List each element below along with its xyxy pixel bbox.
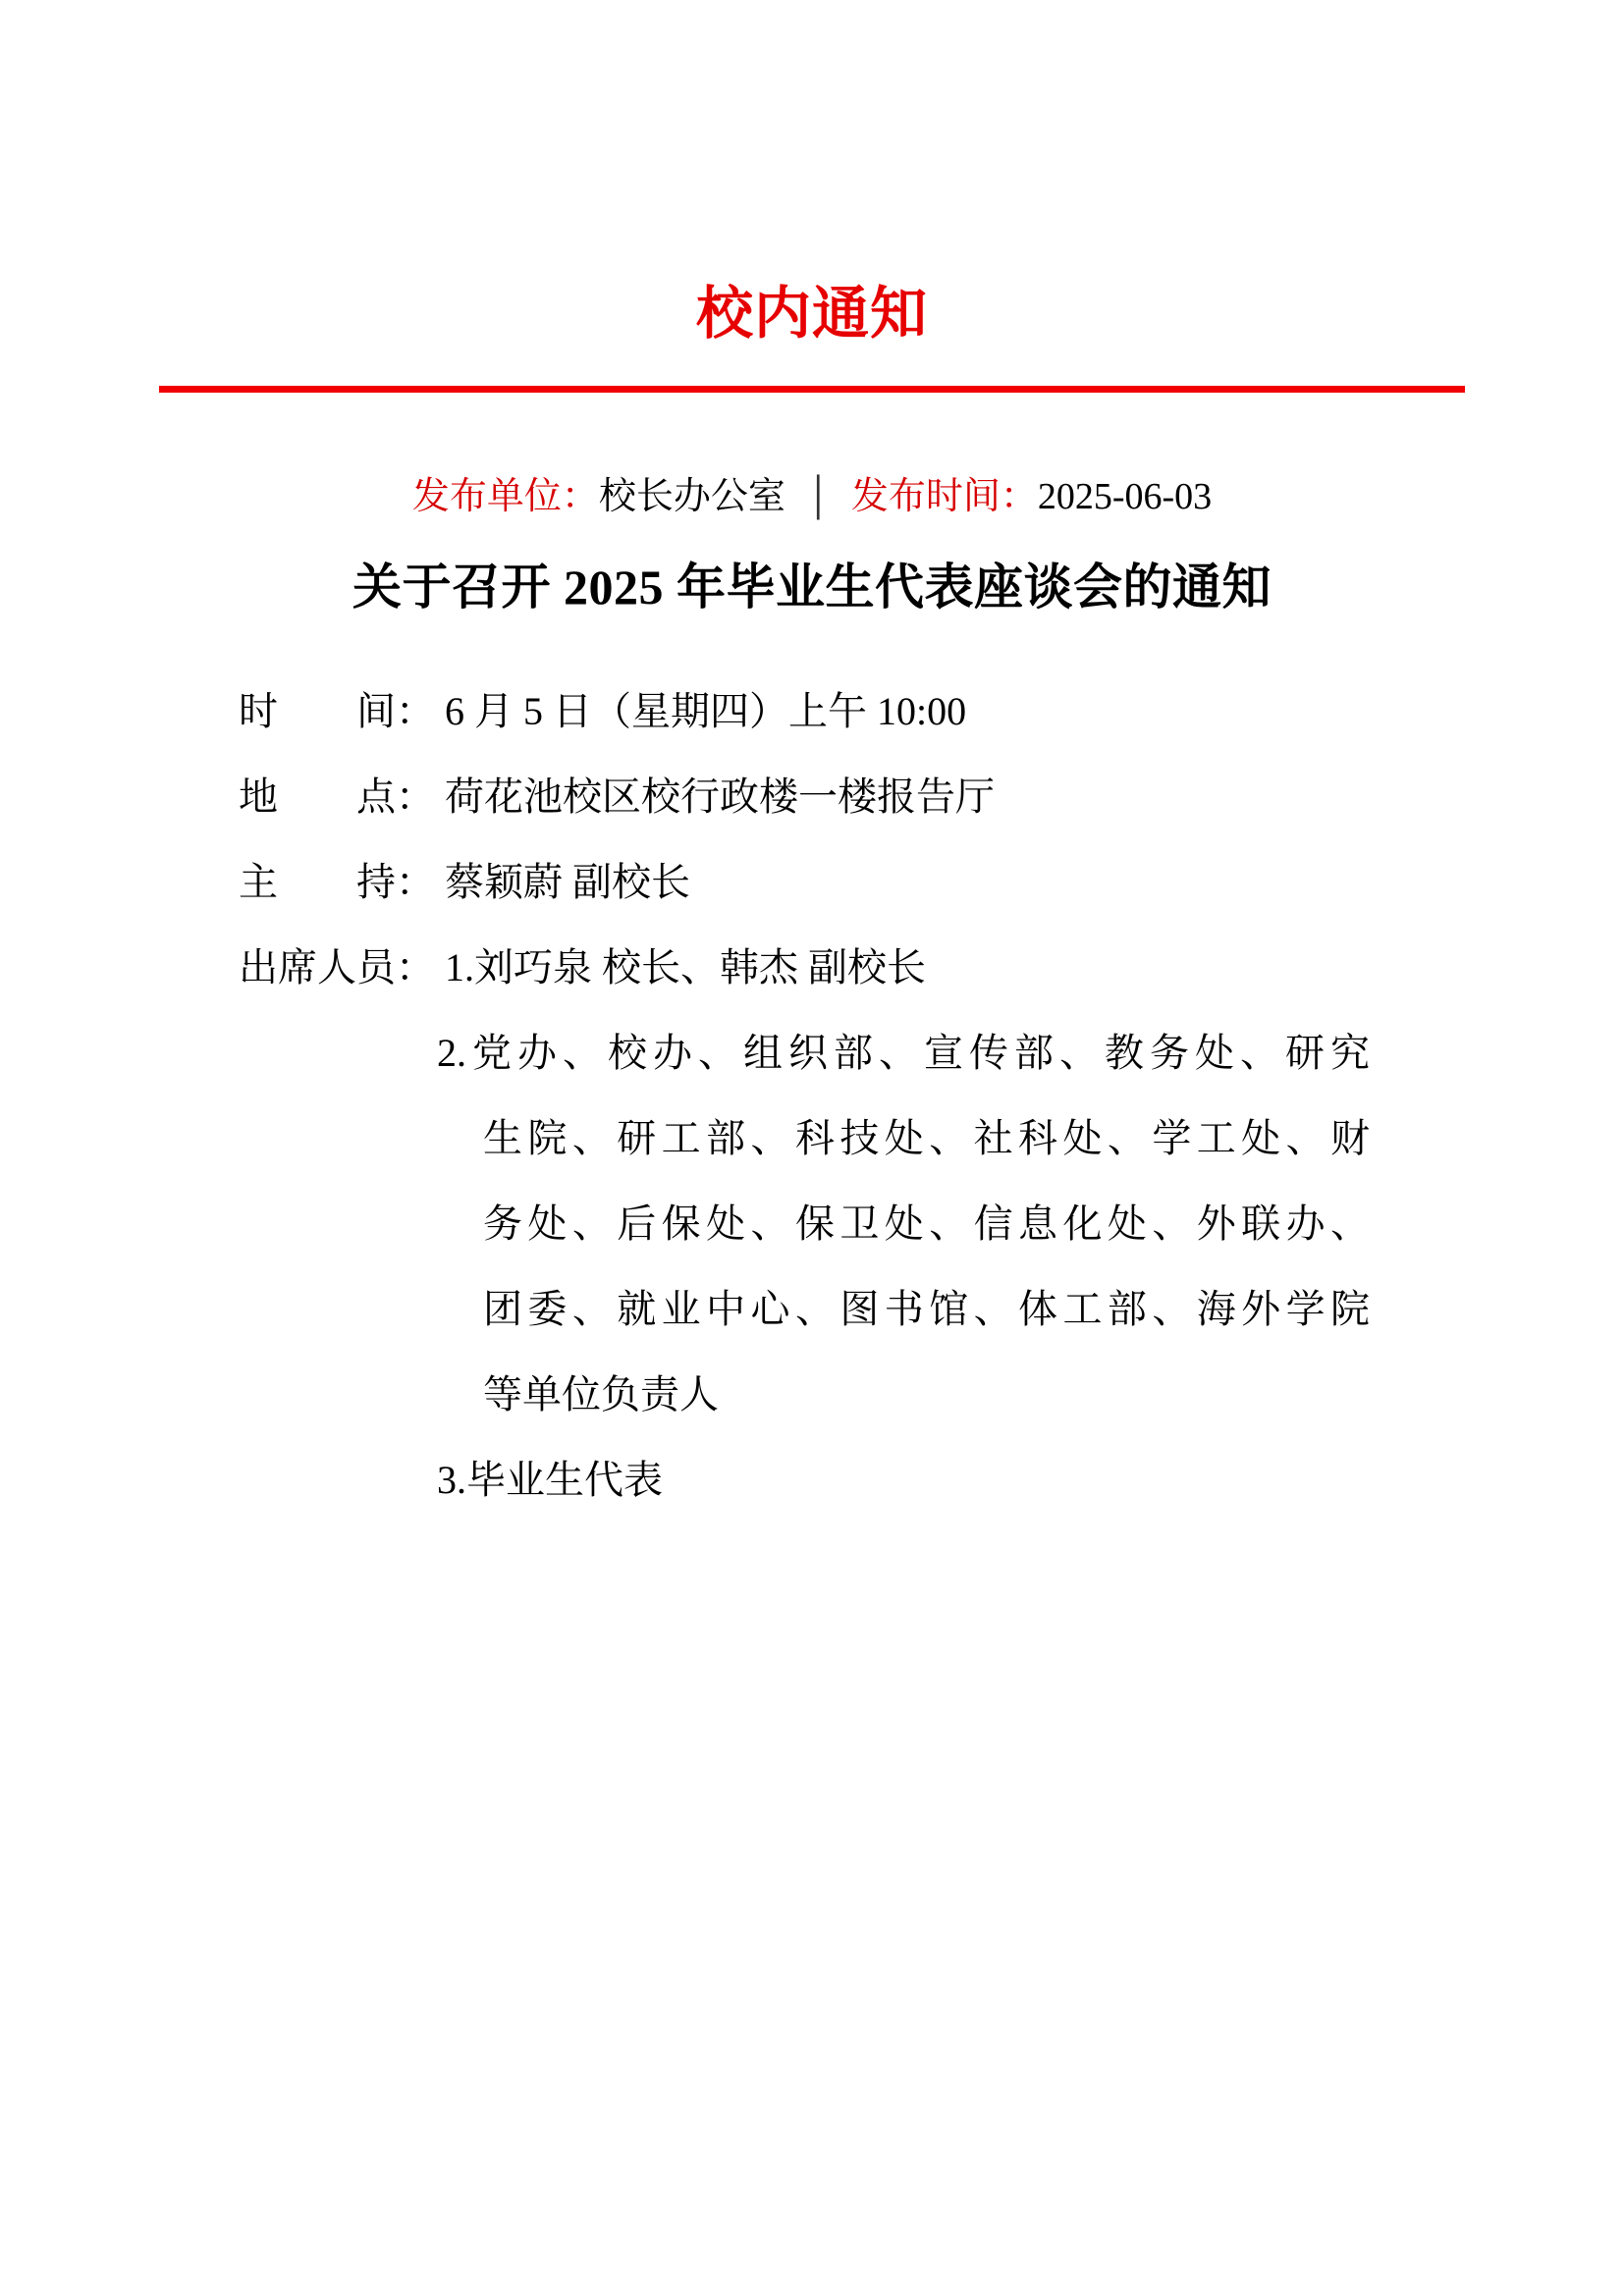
date-value: 2025-06-03 <box>1038 476 1212 517</box>
publisher-label: 发布单位 <box>412 476 562 517</box>
attendee-departments-line: 2.党办、校办、组织部、宣传部、教务处、研究 <box>437 1010 1370 1095</box>
field-row-host: 主持：蔡颖蔚 副校长 <box>239 839 1624 925</box>
attendee-departments-line: 生院、研工部、科技处、社科处、学工处、财 <box>437 1095 1370 1181</box>
attendee-departments-line: 团委、就业中心、图书馆、体工部、海外学院 <box>437 1266 1370 1352</box>
field-row-location: 地点：荷花池校区校行政楼一楼报告厅 <box>239 754 1624 839</box>
notice-heading: 关于召开 2025 年毕业生代表座谈会的通知 <box>0 557 1624 617</box>
time-value: 6 月 5 日（星期四）上午 10:00 <box>445 668 966 754</box>
field-row-attendees: 出席人员： 1.刘巧泉 校长、韩杰 副校长 2.党办、校办、组织部、宣传部、教务… <box>239 925 1624 1522</box>
notice-body: 时间：6 月 5 日（星期四）上午 10:00 地点：荷花池校区校行政楼一楼报告… <box>0 668 1624 1522</box>
publisher-colon: ： <box>562 476 599 517</box>
time-label: 时间 <box>239 668 396 754</box>
divider-rule <box>159 386 1465 393</box>
host-value: 蔡颖蔚 副校长 <box>445 839 690 925</box>
date-colon: ： <box>1001 476 1038 517</box>
meta-bar: 发布单位：校长办公室│发布时间：2025-06-03 <box>0 474 1624 519</box>
host-label: 主持 <box>239 839 396 925</box>
date-label: 发布时间 <box>851 476 1001 517</box>
banner-title: 校内通知 <box>0 280 1624 348</box>
publisher-value: 校长办公室 <box>599 476 785 517</box>
attendees-colon: ： <box>396 925 437 1010</box>
location-value: 荷花池校区校行政楼一楼报告厅 <box>445 754 995 839</box>
field-row-time: 时间：6 月 5 日（星期四）上午 10:00 <box>239 668 1624 754</box>
meta-divider-bar: │ <box>805 476 832 517</box>
attendees-content: 1.刘巧泉 校长、韩杰 副校长 2.党办、校办、组织部、宣传部、教务处、研究 生… <box>437 925 1370 1522</box>
attendees-label: 出席人员 <box>239 925 396 1010</box>
attendee-item-departments: 2.党办、校办、组织部、宣传部、教务处、研究 生院、研工部、科技处、社科处、学工… <box>437 1010 1370 1437</box>
time-colon: ： <box>396 668 437 754</box>
host-colon: ： <box>396 839 437 925</box>
attendee-departments-line: 务处、后保处、保卫处、信息化处、外联办、 <box>437 1181 1370 1266</box>
location-colon: ： <box>396 754 437 839</box>
attendee-departments-line: 等单位负责人 <box>437 1352 1370 1437</box>
notice-page: 校内通知 发布单位：校长办公室│发布时间：2025-06-03 关于召开 202… <box>0 0 1624 2296</box>
location-label: 地点 <box>239 754 396 839</box>
attendee-item-graduates: 3.毕业生代表 <box>437 1437 1370 1522</box>
attendee-item-leaders: 1.刘巧泉 校长、韩杰 副校长 <box>437 925 1370 1010</box>
